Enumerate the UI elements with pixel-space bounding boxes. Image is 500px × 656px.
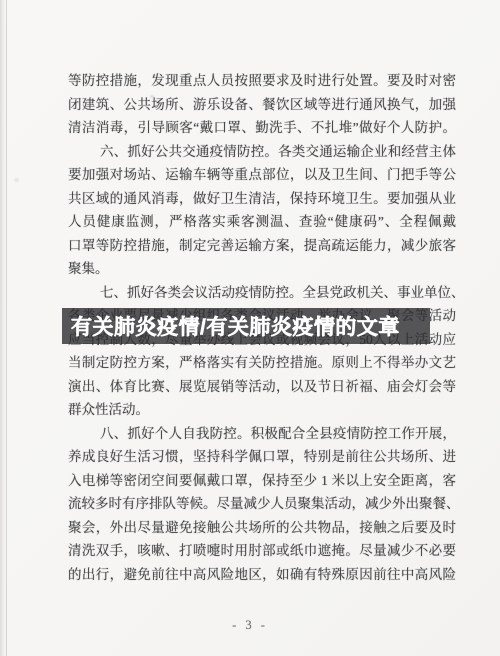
text-line: 人员健康监测，严格落实乘客测温、查验“健康码”、全程佩戴 xyxy=(68,210,456,234)
text-line: 等防控措施，发现重点人员按照要求及时进行处置。要及时对密 xyxy=(68,69,456,93)
text-line: 七、抓好各类会议活动疫情防控。全县党政机关、事业单位、 xyxy=(68,281,456,305)
text-line: 闭建筑、公共场所、游乐设备、餐饮区域等进行通风换气，加强 xyxy=(68,93,456,117)
text-line: 六、抓好公共交通疫情防控。各类交通运输企业和经营主体 xyxy=(68,140,456,164)
text-line: 共区域的通风消毒，做好卫生清洁，保持环境卫生。要加强从业 xyxy=(68,187,456,211)
text-line: 群众性活动。 xyxy=(68,398,456,422)
text-line: 清洁消毒，引导顾客“戴口罩、勤洗手、不扎堆”做好个人防护。 xyxy=(68,116,456,140)
text-line: 养成良好生活习惯，坚持科学佩口罩，特别是前往公共场所、进 xyxy=(68,445,456,469)
text-line: 清洗双手，咳嗽、打喷嚏时用肘部或纸巾遮掩。尽量减少不必要 xyxy=(68,539,456,563)
page-number: - 3 - xyxy=(0,618,500,633)
text-line: 要加强对场站、运输车辆等重点部位，以及卫生间、门把手等公 xyxy=(68,163,456,187)
caption-overlay-banner: 有关肺炎疫情/有关肺炎疫情的文章 xyxy=(62,308,430,344)
text-line: 聚集。 xyxy=(68,257,456,281)
page-left-edge-shadow xyxy=(0,0,7,656)
text-line: 的出行，避免前往中高风险地区，如确有特殊原因前往中高风险 xyxy=(68,563,456,587)
caption-banner-title: 有关肺炎疫情/有关肺炎疫情的文章 xyxy=(62,311,400,341)
text-line: 当制定防控方案，严格落实有关防控措施。原则上不得举办文艺 xyxy=(68,351,456,375)
text-line: 入电梯等密闭空间要佩戴口罩，保持至少 1 米以上安全距离，客 xyxy=(68,469,456,493)
scanned-document-page: 等防控措施，发现重点人员按照要求及时进行处置。要及时对密闭建筑、公共场所、游乐设… xyxy=(0,0,500,656)
text-line: 八、抓好个人自我防控。积极配合全县疫情防控工作开展， xyxy=(68,422,456,446)
text-line: 口罩等防控措施，制定完善运输方案，提高疏运能力，减少旅客 xyxy=(68,234,456,258)
text-line: 聚会，外出尽量避免接触公共场所的公共物品，接触之后要及时 xyxy=(68,516,456,540)
text-line: 演出、体育比赛、展览展销等活动，以及节日祈福、庙会灯会等 xyxy=(68,375,456,399)
text-line: 流较多时有序排队等候。尽量减少人员聚集活动，减少外出聚餐、 xyxy=(68,492,456,516)
scan-noise-speck xyxy=(14,178,19,182)
